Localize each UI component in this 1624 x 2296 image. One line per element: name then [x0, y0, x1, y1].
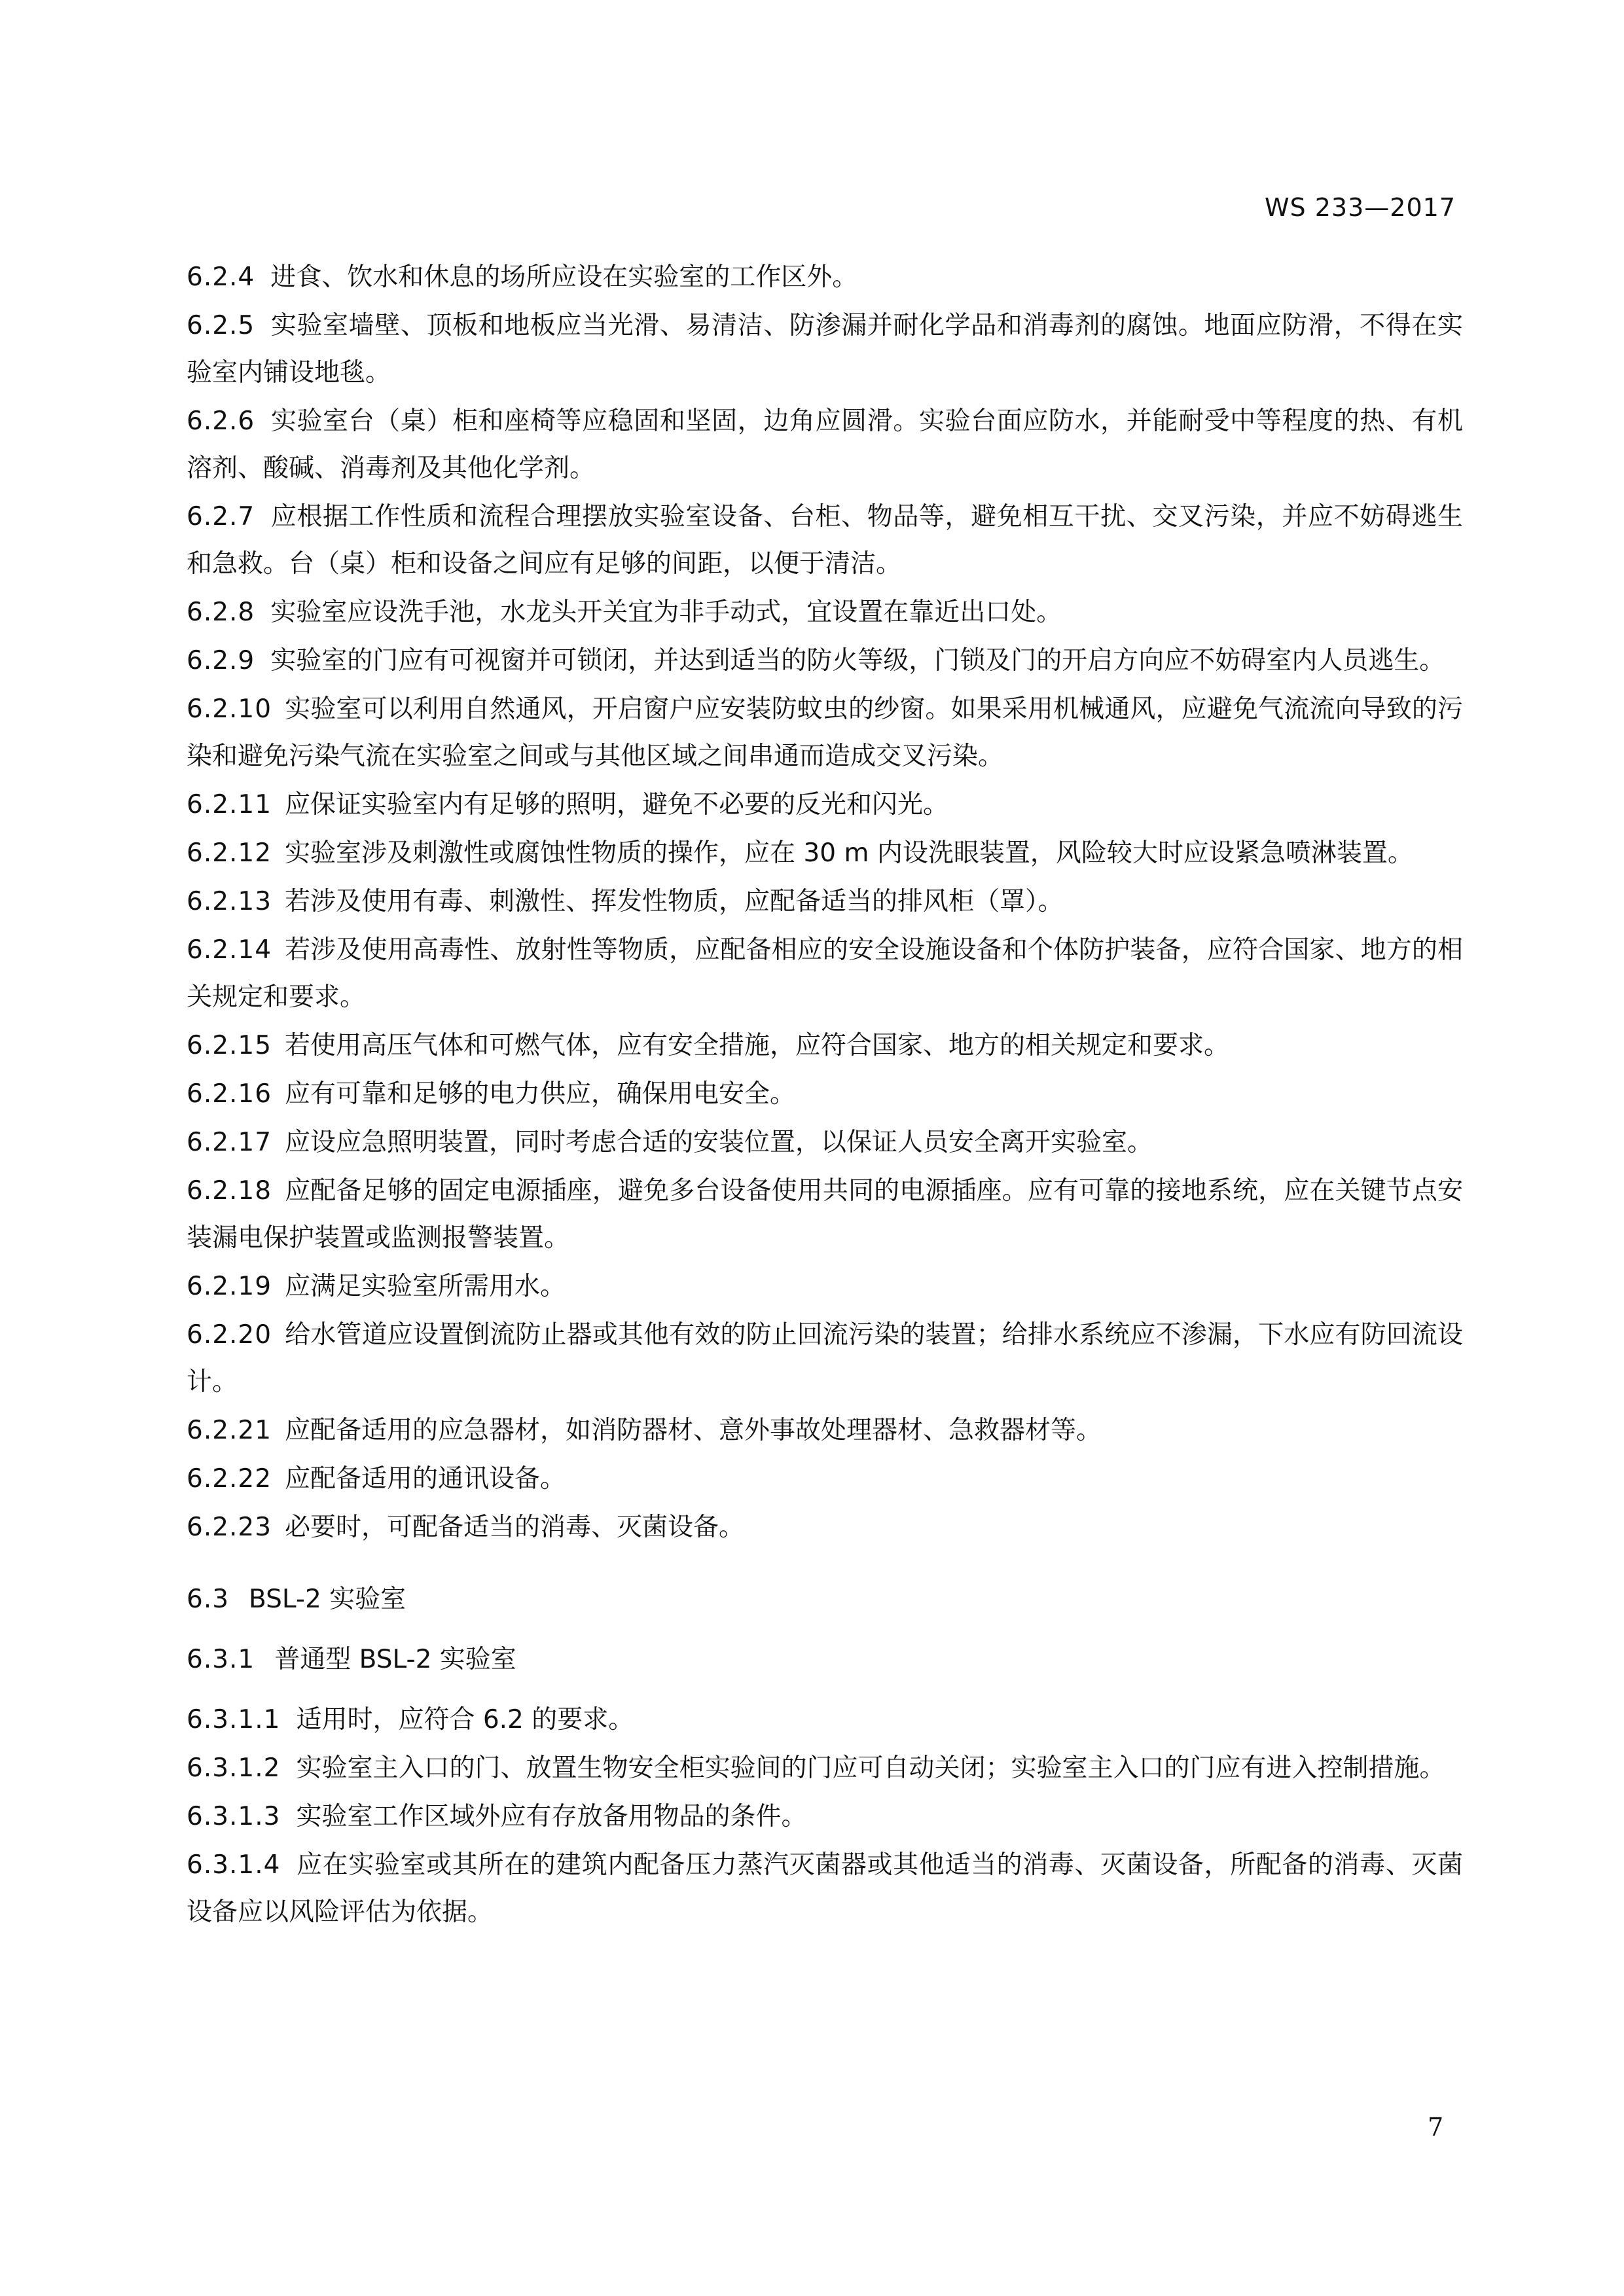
clause-text: 实验室涉及刺激性或腐蚀性物质的操作，应在 30 m 内设洗眼装置，风险较大时应设… [285, 838, 1413, 868]
clause-6-2-7: 6.2.7应根据工作性质和流程合理摆放实验室设备、台柜、物品等，避免相互干扰、交… [187, 493, 1463, 588]
document-body: 6.2.4进食、饮水和休息的场所应设在实验室的工作区外。 6.2.5实验室墙壁、… [187, 254, 1463, 1937]
clause-text: 实验室墙壁、顶板和地板应当光滑、易清洁、防渗漏并耐化学品和消毒剂的腐蚀。地面应防… [187, 311, 1463, 387]
clause-6-3-1-2: 6.3.1.2实验室主入口的门、放置生物安全柜实验间的门应可自动关闭；实验室主入… [187, 1745, 1463, 1792]
clause-number: 6.2.19 [187, 1263, 272, 1310]
section-heading-6-3-1: 6.3.1普通型 BSL-2 实验室 [187, 1636, 1463, 1683]
page-number: 7 [1428, 2113, 1443, 2142]
clause-number: 6.2.23 [187, 1504, 272, 1551]
clause-number: 6.2.21 [187, 1407, 272, 1454]
clause-text: 适用时，应符合 6.2 的要求。 [296, 1705, 634, 1734]
clause-6-2-19: 6.2.19应满足实验室所需用水。 [187, 1263, 1463, 1310]
clause-number: 6.3.1.3 [187, 1793, 280, 1840]
clause-6-2-8: 6.2.8实验室应设洗手池，水龙头开关宜为非手动式，宜设置在靠近出口处。 [187, 589, 1463, 636]
clause-6-2-20: 6.2.20给水管道应设置倒流防止器或其他有效的防止回流污染的装置；给排水系统应… [187, 1312, 1463, 1406]
clause-number: 6.2.17 [187, 1119, 272, 1166]
clause-6-2-13: 6.2.13若涉及使用有毒、刺激性、挥发性物质，应配备适当的排风柜（罩）。 [187, 878, 1463, 925]
clause-6-2-21: 6.2.21应配备适用的应急器材，如消防器材、意外事故处理器材、急救器材等。 [187, 1407, 1463, 1454]
clause-text: 给水管道应设置倒流防止器或其他有效的防止回流污染的装置；给排水系统应不渗漏，下水… [187, 1320, 1463, 1397]
clause-text: 实验室主入口的门、放置生物安全柜实验间的门应可自动关闭；实验室主入口的门应有进入… [296, 1753, 1445, 1783]
clause-number: 6.2.12 [187, 830, 272, 877]
clause-number: 6.2.16 [187, 1071, 272, 1118]
section-title: BSL-2 实验室 [249, 1585, 406, 1614]
clause-text: 实验室可以利用自然通风，开启窗户应安装防蚊虫的纱窗。如果采用机械通风，应避免气流… [187, 694, 1463, 771]
clause-6-2-5: 6.2.5实验室墙壁、顶板和地板应当光滑、易清洁、防渗漏并耐化学品和消毒剂的腐蚀… [187, 302, 1463, 397]
clause-number: 6.2.13 [187, 878, 272, 925]
clause-6-2-17: 6.2.17应设应急照明装置，同时考虑合适的安装位置，以保证人员安全离开实验室。 [187, 1119, 1463, 1166]
section-number: 6.3 [187, 1576, 229, 1623]
clause-6-2-22: 6.2.22应配备适用的通讯设备。 [187, 1456, 1463, 1503]
clause-text: 实验室台（桌）柜和座椅等应稳固和坚固，边角应圆滑。实验台面应防水，并能耐受中等程… [187, 406, 1463, 483]
clause-number: 6.2.8 [187, 589, 255, 636]
clause-number: 6.2.18 [187, 1168, 272, 1215]
clause-text: 应保证实验室内有足够的照明，避免不必要的反光和闪光。 [285, 790, 948, 819]
clause-number: 6.2.9 [187, 637, 255, 685]
clause-text: 应配备适用的通讯设备。 [285, 1464, 566, 1494]
clause-6-2-4: 6.2.4进食、饮水和休息的场所应设在实验室的工作区外。 [187, 254, 1463, 301]
clause-6-2-6: 6.2.6实验室台（桌）柜和座椅等应稳固和坚固，边角应圆滑。实验台面应防水，并能… [187, 398, 1463, 492]
clause-text: 必要时，可配备适当的消毒、灭菌设备。 [285, 1513, 744, 1542]
clause-6-2-15: 6.2.15若使用高压气体和可燃气体，应有安全措施，应符合国家、地方的相关规定和… [187, 1022, 1463, 1069]
clause-number: 6.2.4 [187, 254, 255, 301]
clause-text: 进食、饮水和休息的场所应设在实验室的工作区外。 [270, 262, 857, 292]
clause-text: 应满足实验室所需用水。 [285, 1272, 566, 1301]
clause-number: 6.2.14 [187, 927, 272, 974]
clause-6-2-16: 6.2.16应有可靠和足够的电力供应，确保用电安全。 [187, 1071, 1463, 1118]
clause-number: 6.2.15 [187, 1022, 272, 1069]
clause-number: 6.2.11 [187, 781, 272, 829]
clause-text: 若涉及使用高毒性、放射性等物质，应配备相应的安全设施设备和个体防护装备，应符合国… [187, 935, 1463, 1012]
clause-number: 6.3.1.2 [187, 1745, 280, 1792]
clause-6-2-12: 6.2.12实验室涉及刺激性或腐蚀性物质的操作，应在 30 m 内设洗眼装置，风… [187, 830, 1463, 877]
clause-text: 实验室工作区域外应有存放备用物品的条件。 [296, 1802, 806, 1831]
clause-6-2-9: 6.2.9实验室的门应有可视窗并可锁闭，并达到适当的防火等级，门锁及门的开启方向… [187, 637, 1463, 685]
clause-6-2-11: 6.2.11应保证实验室内有足够的照明，避免不必要的反光和闪光。 [187, 781, 1463, 829]
clause-6-2-10: 6.2.10实验室可以利用自然通风，开启窗户应安装防蚊虫的纱窗。如果采用机械通风… [187, 686, 1463, 780]
clause-text: 实验室的门应有可视窗并可锁闭，并达到适当的防火等级，门锁及门的开启方向应不妨碍室… [270, 646, 1445, 675]
clause-number: 6.2.22 [187, 1456, 272, 1503]
clause-text: 应设应急照明装置，同时考虑合适的安装位置，以保证人员安全离开实验室。 [285, 1128, 1153, 1157]
clause-number: 6.2.10 [187, 686, 272, 733]
clause-6-3-1-3: 6.3.1.3实验室工作区域外应有存放备用物品的条件。 [187, 1793, 1463, 1840]
clause-number: 6.2.6 [187, 398, 255, 445]
clause-number: 6.2.7 [187, 493, 255, 541]
clause-text: 应配备适用的应急器材，如消防器材、意外事故处理器材、急救器材等。 [285, 1416, 1102, 1445]
clause-6-3-1-4: 6.3.1.4应在实验室或其所在的建筑内配备压力蒸汽灭菌器或其他适当的消毒、灭菌… [187, 1842, 1463, 1936]
clause-number: 6.2.5 [187, 302, 255, 350]
clause-text: 若涉及使用有毒、刺激性、挥发性物质，应配备适当的排风柜（罩）。 [285, 887, 1064, 916]
clause-text: 应在实验室或其所在的建筑内配备压力蒸汽灭菌器或其他适当的消毒、灭菌设备，所配备的… [187, 1850, 1463, 1927]
clause-text: 实验室应设洗手池，水龙头开关宜为非手动式，宜设置在靠近出口处。 [270, 598, 1062, 627]
clause-text: 应有可靠和足够的电力供应，确保用电安全。 [285, 1079, 795, 1109]
clause-text: 应根据工作性质和流程合理摆放实验室设备、台柜、物品等，避免相互干扰、交叉污染，并… [187, 502, 1463, 579]
clause-6-2-18: 6.2.18应配备足够的固定电源插座，避免多台设备使用共同的电源插座。应有可靠的… [187, 1168, 1463, 1262]
clause-6-2-23: 6.2.23必要时，可配备适当的消毒、灭菌设备。 [187, 1504, 1463, 1551]
standard-code-header: WS 233—2017 [1265, 191, 1456, 224]
clause-6-2-14: 6.2.14若涉及使用高毒性、放射性等物质，应配备相应的安全设施设备和个体防护装… [187, 927, 1463, 1021]
clause-text: 应配备足够的固定电源插座，避免多台设备使用共同的电源插座。应有可靠的接地系统，应… [187, 1176, 1463, 1253]
section-number: 6.3.1 [187, 1636, 255, 1683]
document-page: WS 233—2017 6.2.4进食、饮水和休息的场所应设在实验室的工作区外。… [0, 0, 1624, 2296]
clause-number: 6.3.1.4 [187, 1842, 280, 1889]
section-heading-6-3: 6.3BSL-2 实验室 [187, 1576, 1463, 1623]
section-title: 普通型 BSL-2 实验室 [274, 1645, 516, 1674]
clause-number: 6.2.20 [187, 1312, 272, 1359]
clause-text: 若使用高压气体和可燃气体，应有安全措施，应符合国家、地方的相关规定和要求。 [285, 1031, 1229, 1060]
clause-6-3-1-1: 6.3.1.1适用时，应符合 6.2 的要求。 [187, 1696, 1463, 1744]
clause-number: 6.3.1.1 [187, 1696, 280, 1744]
